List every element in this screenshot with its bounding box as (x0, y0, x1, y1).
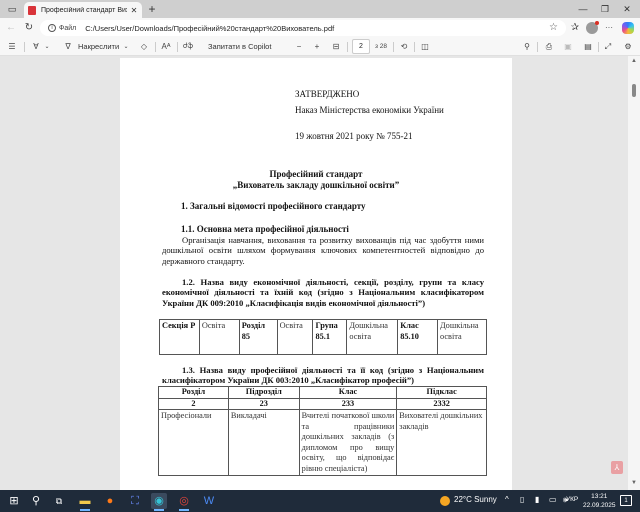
chrome-icon[interactable]: ◎ (176, 493, 192, 509)
contents-icon[interactable]: ☰ (6, 40, 18, 54)
zoom-in-button[interactable]: + (312, 40, 322, 54)
table-cell: 23 (228, 398, 299, 410)
date-line: 19 жовтня 2021 року № 755-21 (295, 131, 413, 141)
app-icon[interactable]: ⛶ (127, 493, 143, 509)
tab-bar: ▭ Професійний стандарт Вихователь ✕ + — … (0, 0, 640, 18)
table-cell: Дошкільна освіта (347, 320, 398, 355)
economic-activity-table: Секція Р Освіта Розділ 85 Освіта Група 8… (159, 319, 487, 355)
table-cell: Секція Р (160, 320, 200, 355)
windows-start-icon[interactable]: ⊞ (6, 493, 22, 509)
table-row: Професіонали Викладачі Вчителі початково… (159, 410, 487, 476)
address-input[interactable]: i Файл C:/Users/User/Downloads/Професійн… (40, 20, 566, 36)
search-icon[interactable]: ⚲ (521, 40, 533, 54)
divider (414, 42, 415, 52)
scroll-thumb[interactable] (632, 84, 636, 97)
settings-gear-icon[interactable]: ⚙ (622, 40, 634, 54)
doc-title-line1: Професійний стандарт (120, 169, 512, 179)
tab-close-icon[interactable]: ✕ (130, 6, 138, 15)
ask-copilot-button[interactable]: Запитати в Copilot (208, 40, 283, 54)
eraser-icon[interactable]: ◇ (138, 40, 150, 54)
table-row: 2 23 233 2332 (159, 398, 487, 410)
divider (177, 42, 178, 52)
tab-actions-icon[interactable]: ▭ (6, 3, 18, 15)
table-cell: Група 85.1 (313, 320, 347, 355)
read-aloud-icon[interactable]: Aᴬ (160, 40, 172, 54)
show-hidden-icons-chevron-icon[interactable]: ^ (505, 495, 509, 504)
minimize-button[interactable]: — (575, 2, 591, 16)
doc-title-line2: „Вихователь закладу дошкільної освіти” (120, 180, 512, 190)
running-indicator (154, 509, 164, 511)
copilot-icon[interactable] (622, 22, 634, 34)
table-cell: Клас 85.10 (398, 320, 438, 355)
tab-title: Професійний стандарт Вихователь (41, 7, 127, 14)
new-tab-button[interactable]: + (145, 2, 159, 16)
section-1-3-heading: 1.3. Назва виду професійної діяльності т… (162, 365, 484, 386)
info-icon[interactable]: i (48, 24, 56, 32)
pdf-viewer[interactable]: ЗАТВЕРДЖЕНО Наказ Міністерства економіки… (0, 56, 640, 490)
highlight-chevron-icon[interactable]: ⌄ (43, 40, 51, 54)
approved-label: ЗАТВЕРДЖЕНО (295, 89, 359, 99)
running-indicator (80, 509, 90, 511)
table-cell: Вчителі початкової школи та працівники д… (299, 410, 397, 476)
vertical-scrollbar[interactable]: ▲ ▼ (628, 56, 640, 490)
section-1-2-heading: 1.2. Назва виду економічної діяльності, … (162, 277, 484, 308)
table-header-cell: Розділ (159, 387, 229, 399)
refresh-icon[interactable]: ↻ (22, 21, 36, 35)
back-arrow-icon[interactable]: ← (4, 21, 18, 35)
table-cell: 2332 (397, 398, 487, 410)
translate-icon[interactable]: ժֆ (182, 40, 194, 54)
fullscreen-icon[interactable]: ⤢ (602, 40, 614, 54)
favorite-star-icon[interactable]: ☆ (549, 22, 558, 33)
language-indicator[interactable]: УКР (566, 496, 578, 503)
table-header-row: Розділ Підрозділ Клас Підклас (159, 387, 487, 399)
scroll-down-arrow-icon[interactable]: ▼ (631, 480, 637, 486)
draw-icon[interactable]: ∇ (62, 40, 74, 54)
acrobat-icon[interactable]: ⅄ (611, 461, 623, 474)
meet-now-icon[interactable]: ▯ (520, 495, 524, 504)
fit-page-icon[interactable]: ⊟ (330, 40, 342, 54)
highlight-icon[interactable]: ∀ (30, 40, 42, 54)
weather-text[interactable]: 22°C Sunny (454, 495, 497, 504)
scroll-up-arrow-icon[interactable]: ▲ (631, 58, 637, 64)
page-count: з 28 (375, 40, 387, 54)
divider (598, 42, 599, 52)
pdf-favicon-icon (28, 6, 36, 15)
divider (155, 42, 156, 52)
save-as-icon[interactable]: ▤ (582, 40, 594, 54)
file-explorer-icon[interactable]: ▬ (77, 493, 93, 509)
more-options-icon[interactable]: ··· (602, 21, 616, 35)
zoom-out-button[interactable]: − (294, 40, 304, 54)
table-cell: Розділ 85 (239, 320, 277, 355)
table-cell: Освіта (277, 320, 313, 355)
table-cell: Дошкільна освіта (438, 320, 487, 355)
maximize-button[interactable]: ❐ (597, 2, 613, 16)
battery-icon[interactable]: ▮ (535, 495, 539, 504)
table-header-cell: Клас (299, 387, 397, 399)
favorites-icon[interactable]: ✰ (568, 21, 582, 35)
divider (347, 42, 348, 52)
firefox-icon[interactable]: ● (102, 493, 118, 509)
search-icon[interactable]: ⚲ (28, 493, 44, 509)
table-row: Секція Р Освіта Розділ 85 Освіта Група 8… (160, 320, 487, 355)
print-icon[interactable]: ⎙ (543, 40, 555, 54)
divider (537, 42, 538, 52)
clock-time: 13:21 (583, 492, 616, 501)
url-text[interactable]: C:/Users/User/Downloads/Професійний%20ст… (85, 24, 334, 33)
task-view-icon[interactable]: ⧉ (51, 493, 67, 509)
pdf-toolbar: ☰ ∀ ⌄ ∇ Накреслити ⌄ ◇ Aᴬ ժֆ Запитати в … (0, 38, 640, 56)
table-cell: 2 (159, 398, 229, 410)
word-icon[interactable]: W (201, 493, 217, 509)
network-icon[interactable]: ▭ (549, 495, 557, 504)
rotate-icon[interactable]: ⟲ (398, 40, 410, 54)
table-header-cell: Підклас (397, 387, 487, 399)
table-cell: 233 (299, 398, 397, 410)
taskbar: ⊞ ⚲ ⧉ ▬ ● ⛶ ◉ ◎ W 22°C Sunny ^ ▯ ▮ ▭ 🕪 У… (0, 490, 640, 512)
page-view-icon[interactable]: ◫ (419, 40, 431, 54)
clock-date: 22.09.2025 (583, 501, 616, 510)
section-1-heading: 1. Загальні відомості професійного станд… (181, 201, 366, 211)
tab-pdf[interactable]: Професійний стандарт Вихователь ✕ (24, 2, 142, 18)
edge-icon[interactable]: ◉ (151, 493, 167, 509)
save-icon[interactable]: ▣ (562, 40, 574, 54)
table-cell: Викладачі (228, 410, 299, 476)
table-cell: Освіта (199, 320, 239, 355)
pdf-page: ЗАТВЕРДЖЕНО Наказ Міністерства економіки… (120, 58, 512, 490)
profession-classification-table: Розділ Підрозділ Клас Підклас 2 23 233 2… (158, 386, 487, 476)
table-cell: Вихователі дошкільних закладів (397, 410, 487, 476)
draw-chevron-icon[interactable]: ⌄ (122, 40, 130, 54)
close-window-button[interactable]: ✕ (619, 2, 635, 16)
section-1-1-text: Організація навчання, виховання та розви… (162, 235, 484, 266)
running-indicator (179, 509, 189, 511)
url-scheme-label: Файл (59, 25, 76, 32)
weather-sun-icon[interactable] (440, 496, 450, 506)
section-1-1-heading: 1.1. Основна мета професійної діяльності (181, 224, 349, 234)
order-line: Наказ Міністерства економіки України (295, 105, 444, 115)
notification-center-icon[interactable]: 1 (620, 495, 632, 506)
divider (24, 42, 25, 52)
table-header-cell: Підрозділ (228, 387, 299, 399)
draw-button[interactable]: Накреслити (78, 40, 123, 54)
page-number-input[interactable]: 2 (352, 39, 370, 54)
clock[interactable]: 13:21 22.09.2025 (583, 492, 616, 510)
table-cell: Професіонали (159, 410, 229, 476)
divider (393, 42, 394, 52)
address-bar-row: ← ↻ i Файл C:/Users/User/Downloads/Профе… (0, 18, 640, 38)
profile-notification-dot (595, 21, 599, 25)
